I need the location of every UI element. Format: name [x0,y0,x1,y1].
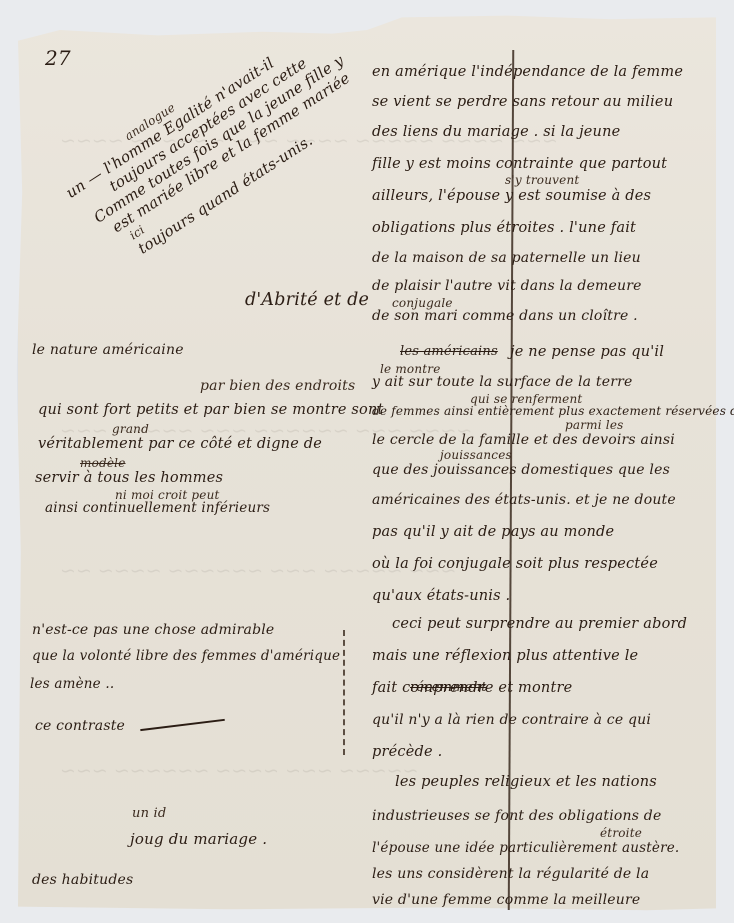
text-line: ceci peut surprendre au premier abord [392,616,687,632]
text-line: obligations plus étroites . l'une fait [372,220,636,236]
text-line: les peuples religieux et les nations [395,774,657,790]
note-contraste: ce contraste [35,718,125,734]
note-amene: les amène .. [30,676,114,692]
text-line: américaines des états-unis. et je ne dou… [372,492,676,508]
note-un-id: un id [132,806,166,821]
text-line: de plaisir l'autre vit dans la demeure [372,278,642,294]
abbr-note: d'Abrité et de [245,290,369,310]
text-line: fait comprendre et montre [372,680,572,696]
text-line: pas qu'il y ait de pays au monde [372,524,614,540]
text-line: de son mari comme dans un cloître . [372,308,638,324]
text-line: l'épouse une idée particulièrement austè… [372,840,679,856]
text-line: mais une réflexion plus attentive le [372,648,638,664]
text-line: de la maison de sa paternelle un lieu [372,250,641,266]
interlinear-note: parmi les [565,418,624,432]
note-admirable: n'est-ce pas une chose admirable [32,622,274,638]
note-nature: le nature américaine [32,342,184,358]
interlinear-note: jouissances [440,448,512,462]
interlinear-note: étroite [600,826,642,840]
text-line: je ne pense pas qu'il [510,344,664,360]
note-grand: grand [112,422,149,436]
text-line: des liens du mariage . si la jeune [372,124,620,140]
bleed-through-text: ~~~~~ ~~~ ~~~~ ~~~~~~ ~~~ [60,760,418,782]
text-line: ailleurs, l'épouse y est soumise à des [372,188,651,204]
note-habitudes: des habitudes [32,872,133,888]
text-line: se vient se perdre sans retour au milieu [372,94,673,110]
margin-bracket [343,630,349,755]
note-servir: servir à tous les hommes [35,470,223,486]
note-joug: joug du mariage . [130,830,267,848]
text-line: vie d'une femme comme la meilleure [372,892,640,908]
text-line: qu'aux états-unis . [372,588,510,604]
note-veritablement: véritablement par ce côté et digne de [38,436,322,452]
note-volonte: que la volonté libre des femmes d'amériq… [32,648,340,664]
text-line: précède . [372,744,442,760]
text-line: y ait sur toute la surface de la terre [372,374,632,390]
note-continuellement: ainsi continuellement inférieurs [45,500,270,516]
page-number: 27 [45,46,71,70]
note-modele: modèle [80,456,126,470]
text-line: que des jouissances domestiques que les [372,462,670,478]
text-line: fille y est moins contrainte que partout [372,156,667,172]
text-line: qu'il n'y a là rien de contraire à ce qu… [372,712,651,728]
note-small: qui sont fort petits et par bien se mont… [38,402,384,418]
struck-text: les américains [400,344,498,359]
text-line: industrieuses se font des obligations de [372,808,661,824]
text-line: en amérique l'indépendance de la femme [372,64,683,80]
interlinear-note: s'y trouvent [505,173,579,187]
text-line: le cercle de la famille et des devoirs a… [372,432,675,448]
text-line: où la foi conjugale soit plus respectée [372,556,658,572]
note-insert: par bien des endroits [200,378,355,394]
text-line: de femmes ainsi entièrement plus exactem… [372,404,734,418]
text-line: les uns considèrent la régularité de la [372,866,649,882]
